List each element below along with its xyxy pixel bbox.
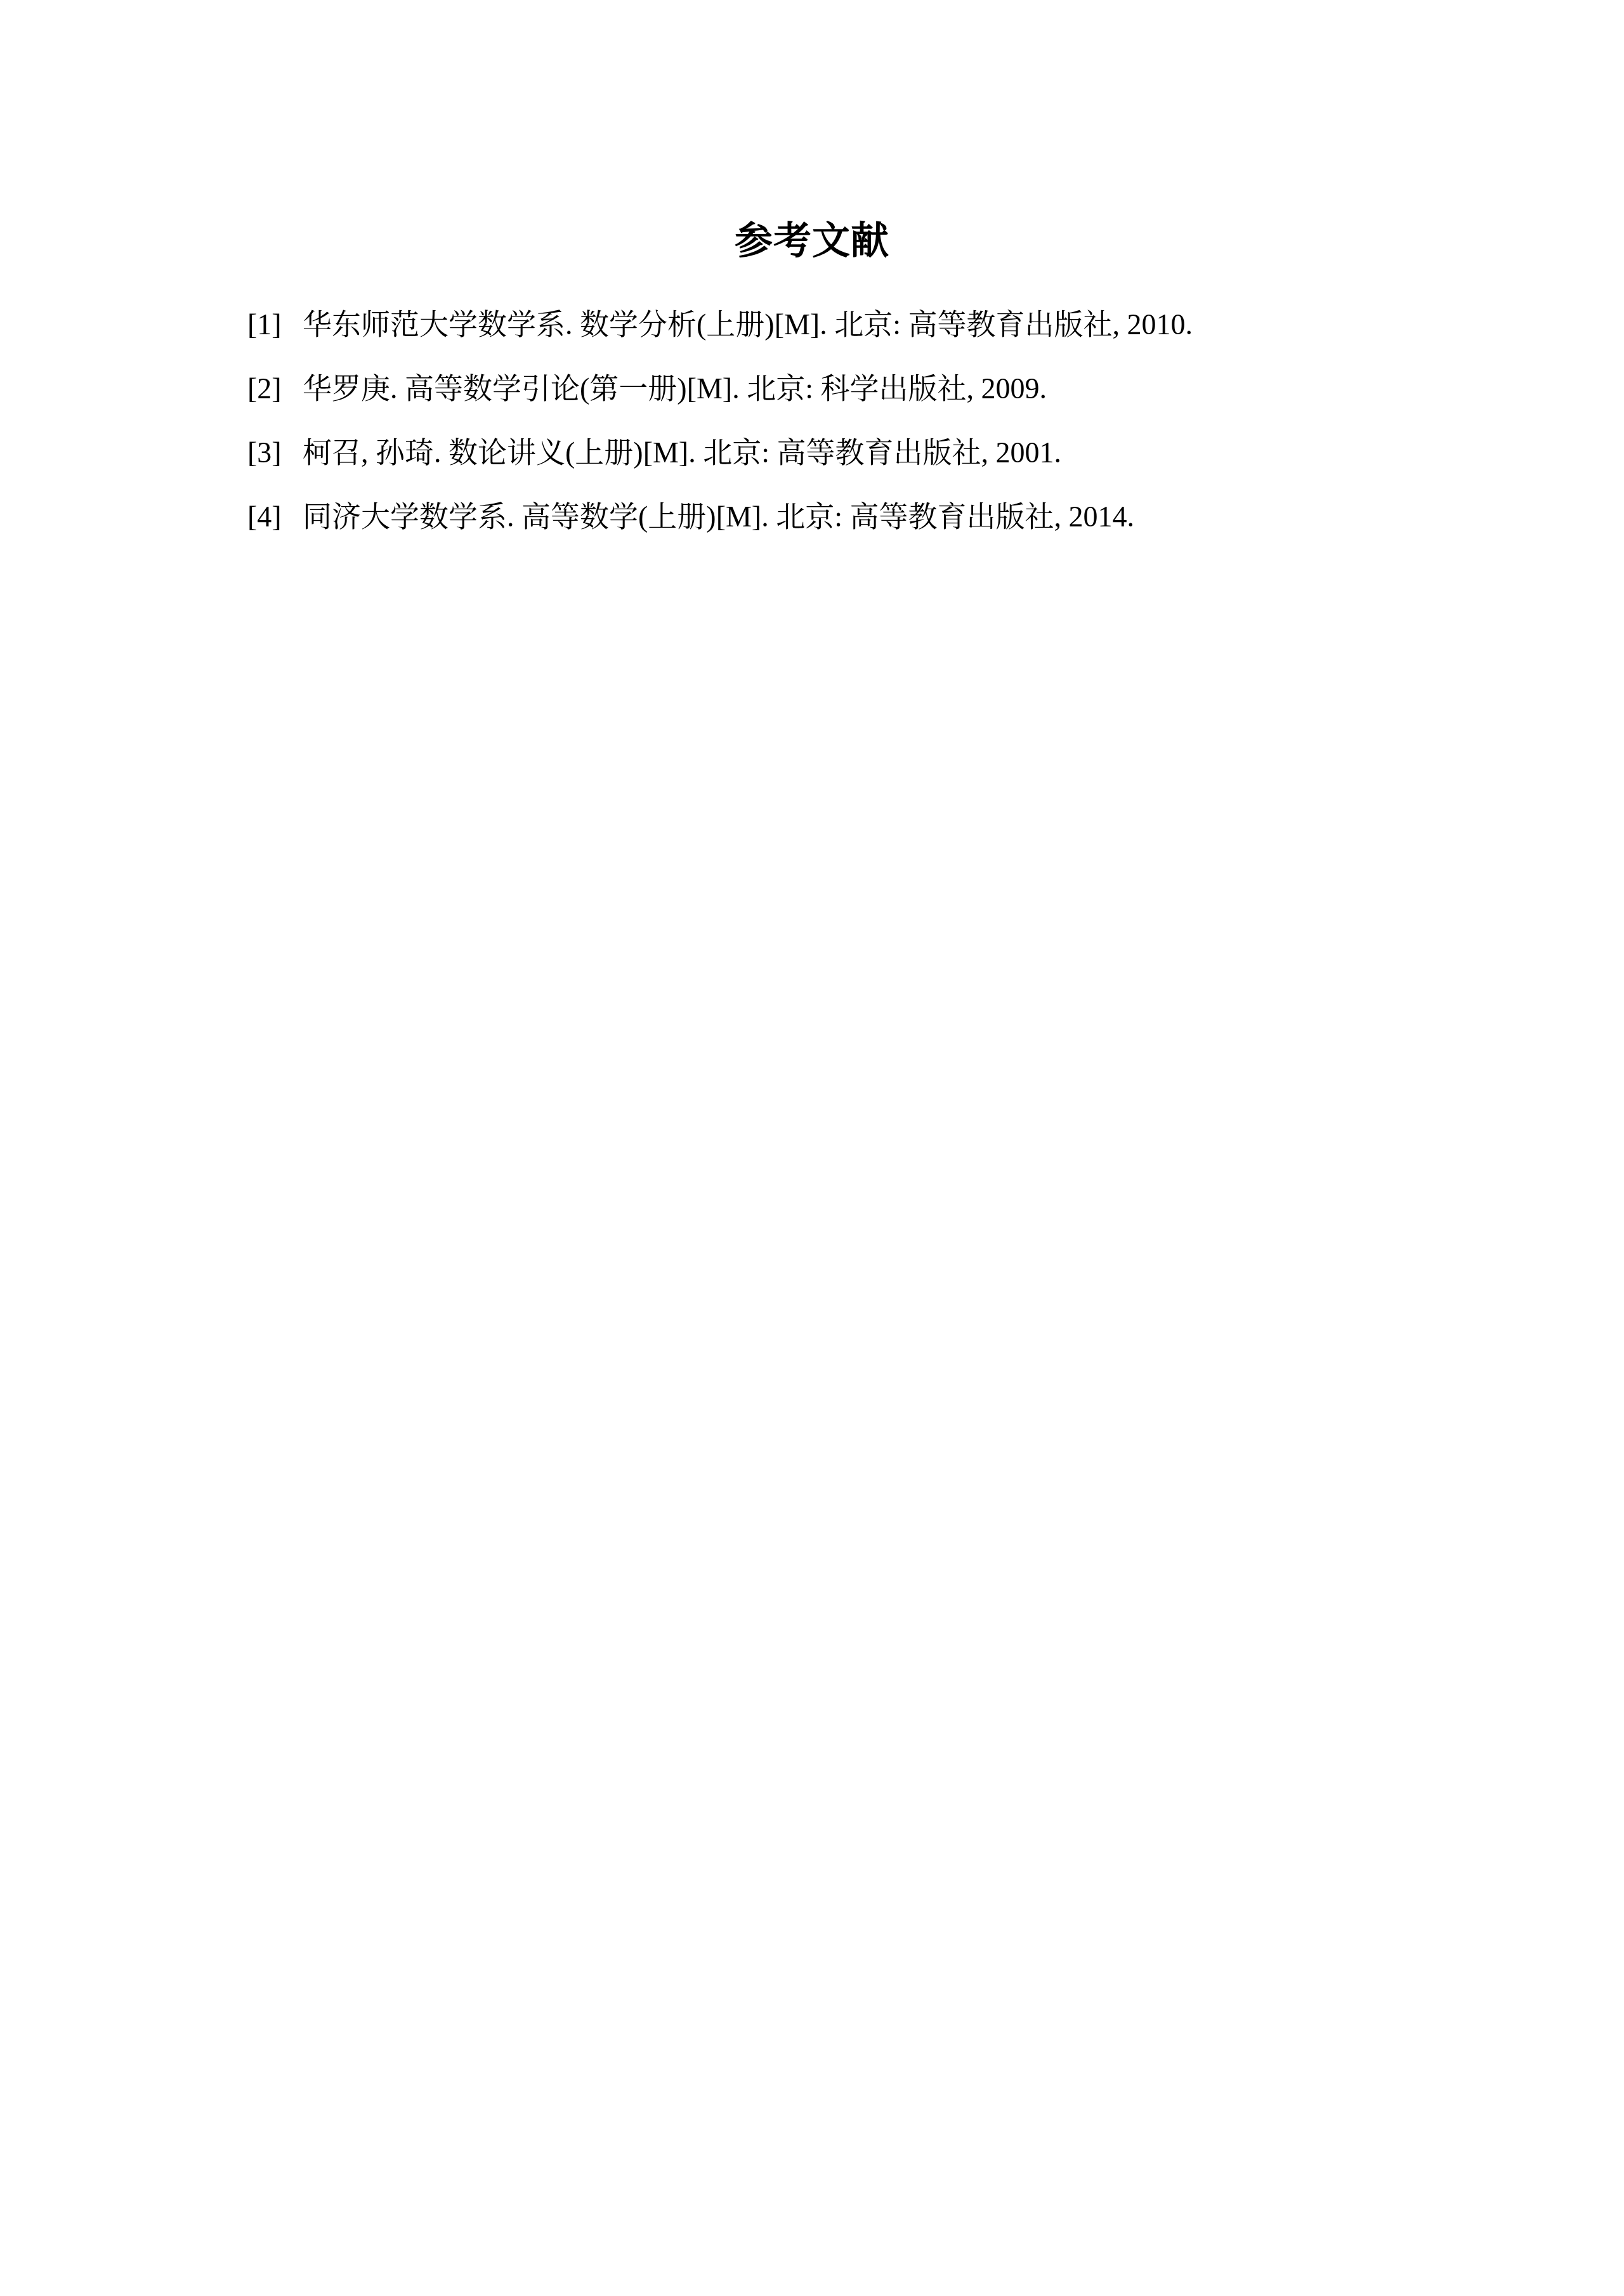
reference-entry: [3] 柯召, 孙琦. 数论讲义(上册)[M]. 北京: 高等教育出版社, 20… (247, 437, 1402, 469)
reference-number: [4] (247, 501, 303, 533)
reference-text: 华罗庚. 高等数学引论(第一册)[M]. 北京: 科学出版社, 2009. (303, 373, 1402, 405)
reference-number: [1] (247, 309, 303, 341)
reference-text: 华东师范大学数学系. 数学分析(上册)[M]. 北京: 高等教育出版社, 201… (303, 309, 1402, 341)
reference-text: 柯召, 孙琦. 数论讲义(上册)[M]. 北京: 高等教育出版社, 2001. (303, 437, 1402, 469)
page-title: 参考文献 (0, 218, 1624, 264)
reference-list: [1] 华东师范大学数学系. 数学分析(上册)[M]. 北京: 高等教育出版社,… (247, 309, 1402, 565)
reference-text: 同济大学数学系. 高等数学(上册)[M]. 北京: 高等教育出版社, 2014. (303, 501, 1402, 533)
reference-number: [2] (247, 373, 303, 405)
reference-entry: [2] 华罗庚. 高等数学引论(第一册)[M]. 北京: 科学出版社, 2009… (247, 373, 1402, 405)
reference-entry: [1] 华东师范大学数学系. 数学分析(上册)[M]. 北京: 高等教育出版社,… (247, 309, 1402, 341)
document-page: 参考文献 [1] 华东师范大学数学系. 数学分析(上册)[M]. 北京: 高等教… (0, 0, 1624, 2296)
reference-number: [3] (247, 437, 303, 469)
reference-entry: [4] 同济大学数学系. 高等数学(上册)[M]. 北京: 高等教育出版社, 2… (247, 501, 1402, 533)
